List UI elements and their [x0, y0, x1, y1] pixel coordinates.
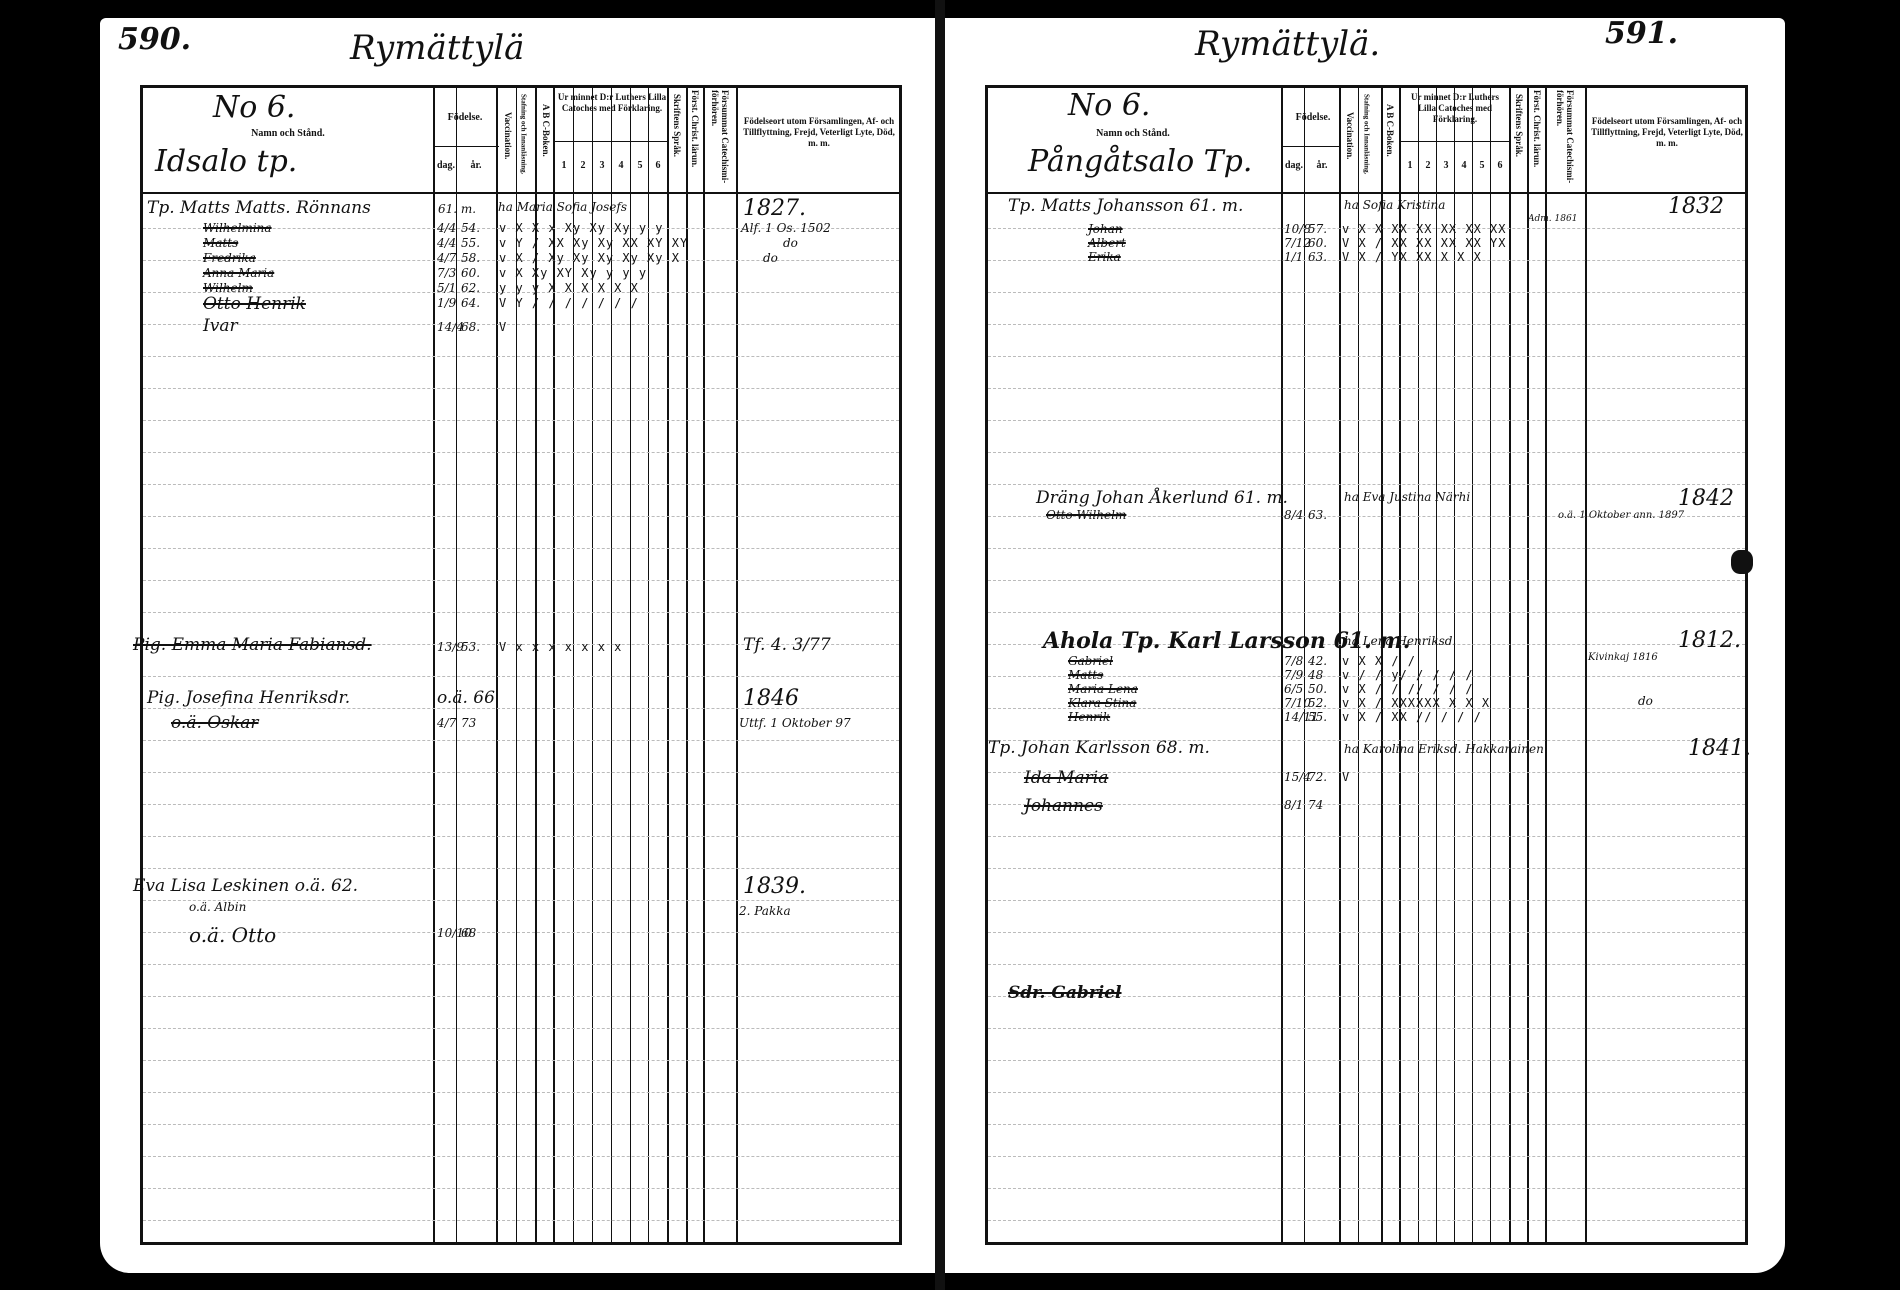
- catechism-col-5: 5: [1473, 160, 1491, 172]
- list-item: Matts: [203, 236, 238, 250]
- stafning-header: Stafning och Innanläsning.: [519, 94, 527, 186]
- list-item: Sdr. Gabriel: [1008, 983, 1122, 1003]
- list-item: Gabriel: [1068, 654, 1113, 668]
- register-table: No 6. Namn och Stånd. Idsalo tp. Födelse…: [140, 85, 902, 1245]
- catechism-col-1: 1: [555, 160, 573, 172]
- forst-header: Först. Christ. lärun.: [689, 90, 699, 188]
- ar-header: år.: [459, 160, 493, 172]
- fodelseort-header: Födelseort utom Församlingen, Af- och Ti…: [739, 116, 899, 148]
- fodelseort-header: Födelseort utom Församlingen, Af- och Ti…: [1588, 116, 1746, 148]
- list-item: Johan: [1088, 222, 1123, 236]
- list-item: Henrik: [1068, 710, 1110, 724]
- list-item: Klara Stina: [1068, 696, 1136, 710]
- right-page: Rymättylä. 591. No 6. Namn och Stånd. På…: [945, 18, 1785, 1273]
- ar-header: år.: [1306, 160, 1338, 172]
- register-table: No 6. Namn och Stånd. Pångåtsalo Tp. Föd…: [985, 85, 1748, 1245]
- vaccination-header: Vaccination.: [502, 112, 512, 188]
- forsummat-header: Försummat Catechismi-förhören.: [1554, 90, 1574, 188]
- book-gutter: [935, 0, 945, 1290]
- catechism-col-6: 6: [1491, 160, 1509, 172]
- name-column-label: Namn och Stånd.: [1048, 128, 1218, 140]
- catechism-col-1: 1: [1401, 160, 1419, 172]
- fodelse-header: Födelse.: [435, 112, 495, 124]
- list-item: Otto Wilhelm: [1046, 508, 1126, 522]
- list-item: Eva Lisa Leskinen o.ä. 62.: [133, 876, 358, 896]
- catechism-col-2: 2: [574, 160, 592, 172]
- parish-heading: Rymättylä: [350, 28, 524, 68]
- list-item: Ivar: [203, 316, 238, 336]
- vaccination-header: Vaccination.: [1344, 112, 1354, 188]
- catechism-col-2: 2: [1419, 160, 1437, 172]
- table-header: No 6. Namn och Stånd. Idsalo tp. Födelse…: [143, 88, 899, 194]
- forst-header: Först. Christ. lärun.: [1531, 90, 1541, 188]
- list-item: Pig. Josefina Henriksdr.: [147, 688, 350, 708]
- list-item: Dräng Johan Åkerlund 61. m.: [1036, 488, 1288, 508]
- page-number: 591.: [1605, 16, 1678, 51]
- fodelse-header: Födelse.: [1283, 112, 1343, 124]
- list-item: Erika: [1088, 250, 1121, 264]
- list-item: Ida Maria: [1024, 768, 1108, 788]
- catechism-col-5: 5: [631, 160, 649, 172]
- table-header: No 6. Namn och Stånd. Pångåtsalo Tp. Föd…: [988, 88, 1745, 194]
- catechism-col-4: 4: [612, 160, 630, 172]
- page-number: 590.: [118, 22, 191, 57]
- skriftens-header: Skriftens Språk.: [1513, 94, 1523, 186]
- list-item: Tp. Johan Karlsson 68. m.: [988, 738, 1210, 758]
- list-item: o.ä. Albin: [189, 900, 246, 914]
- list-item: Wilhelm: [203, 281, 253, 295]
- list-item: Tp. Matts Johansson 61. m.: [1008, 196, 1243, 216]
- stafning-header: Stafning och Innanläsning.: [1362, 94, 1370, 186]
- list-item: Wilhelmina: [203, 221, 272, 235]
- list-item: Anna Maria: [203, 266, 274, 280]
- left-page: 590. Rymättylä No 6. Namn och Stånd. Ids…: [100, 18, 938, 1273]
- skriftens-header: Skriftens Språk.: [671, 94, 681, 186]
- village-name: Idsalo tp.: [155, 144, 297, 179]
- list-item: Matts: [1068, 668, 1103, 682]
- list-item: Albert: [1088, 236, 1126, 250]
- ink-smudge: [1731, 550, 1753, 574]
- village-name: Pångåtsalo Tp.: [1028, 144, 1252, 179]
- list-item: Johannes: [1024, 796, 1103, 816]
- dag-header: dag.: [1283, 160, 1305, 172]
- abc-header: A B C-Boken.: [1384, 104, 1394, 184]
- list-item: Pig. Emma Maria Fabiansd.: [133, 635, 372, 655]
- list-item: Fredrika: [203, 251, 256, 265]
- catechism-col-3: 3: [1437, 160, 1455, 172]
- forsummat-header: Försummat Catechismi-förhören.: [709, 90, 729, 188]
- catechism-col-3: 3: [593, 160, 611, 172]
- list-item: Maria Lena: [1068, 682, 1138, 696]
- list-item: Otto Henrik: [203, 294, 306, 314]
- catechism-col-4: 4: [1455, 160, 1473, 172]
- list-item: Tp. Matts Matts. Rönnans: [147, 198, 371, 218]
- form-number: No 6.: [213, 90, 295, 125]
- name-column-label: Namn och Stånd.: [203, 128, 373, 140]
- abc-header: A B C-Boken.: [540, 104, 550, 184]
- catechism-col-6: 6: [649, 160, 667, 172]
- dag-header: dag.: [435, 160, 457, 172]
- form-number: No 6.: [1068, 88, 1150, 123]
- list-item: o.ä. Oskar: [171, 713, 259, 733]
- list-item: o.ä. Otto: [189, 923, 276, 947]
- parish-heading: Rymättylä.: [1195, 24, 1380, 64]
